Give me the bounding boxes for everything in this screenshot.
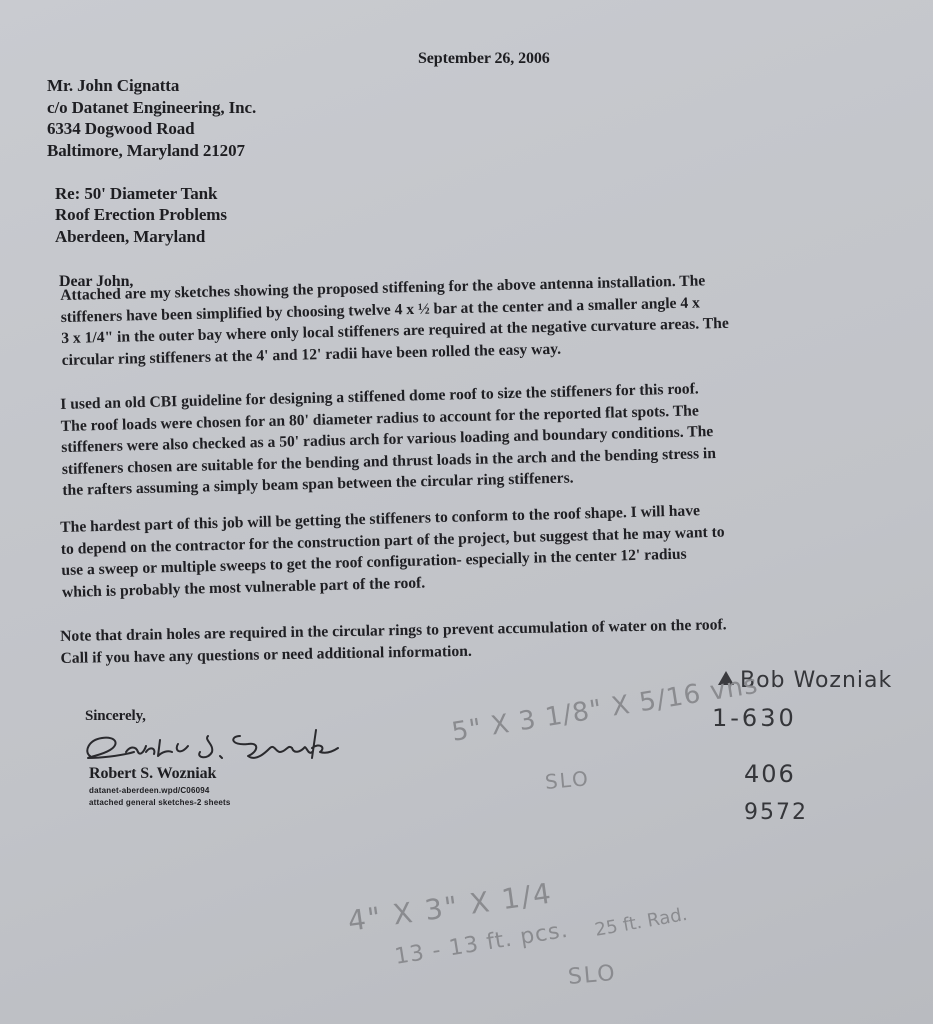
letter-date: September 26, 2006	[418, 50, 550, 68]
handwritten-slo-note-1: SLO	[544, 766, 591, 794]
handwritten-phone-part-3: 9572	[744, 800, 808, 825]
recipient-company: c/o Datanet Engineering, Inc.	[47, 98, 256, 118]
handwritten-phone-part-2: 406	[744, 760, 796, 788]
subject-line-3: Aberdeen, Maryland	[55, 227, 205, 247]
letter-page: September 26, 2006 Mr. John Cignatta c/o…	[0, 0, 933, 1024]
reference-file: datanet-aberdeen.wpd/C06094	[89, 786, 210, 795]
reference-attachments: attached general sketches-2 sheets	[89, 798, 231, 807]
body-paragraph-3: The hardest part of this job will be get…	[60, 496, 862, 603]
signer-name: Robert S. Wozniak	[89, 765, 216, 783]
body-paragraph-1: Attached are my sketches showing the pro…	[60, 267, 862, 371]
recipient-name: Mr. John Cignatta	[47, 76, 179, 96]
subject-line-1: Re: 50' Diameter Tank	[55, 184, 217, 204]
subject-line-2: Roof Erection Problems	[55, 205, 227, 225]
body-paragraph-4: Note that drain holes are required in th…	[60, 612, 861, 669]
handwritten-radius-note: 25 ft. Rad.	[593, 904, 689, 941]
contact-name-text: Bob Wozniak	[740, 668, 892, 693]
recipient-street: 6334 Dogwood Road	[47, 119, 195, 139]
handwritten-slo-note-2: SLO	[567, 961, 618, 990]
recipient-city: Baltimore, Maryland 21207	[47, 141, 245, 161]
handwritten-phone-part-1: 1-630	[712, 704, 797, 732]
body-paragraph-2: I used an old CBI guideline for designin…	[60, 374, 862, 501]
